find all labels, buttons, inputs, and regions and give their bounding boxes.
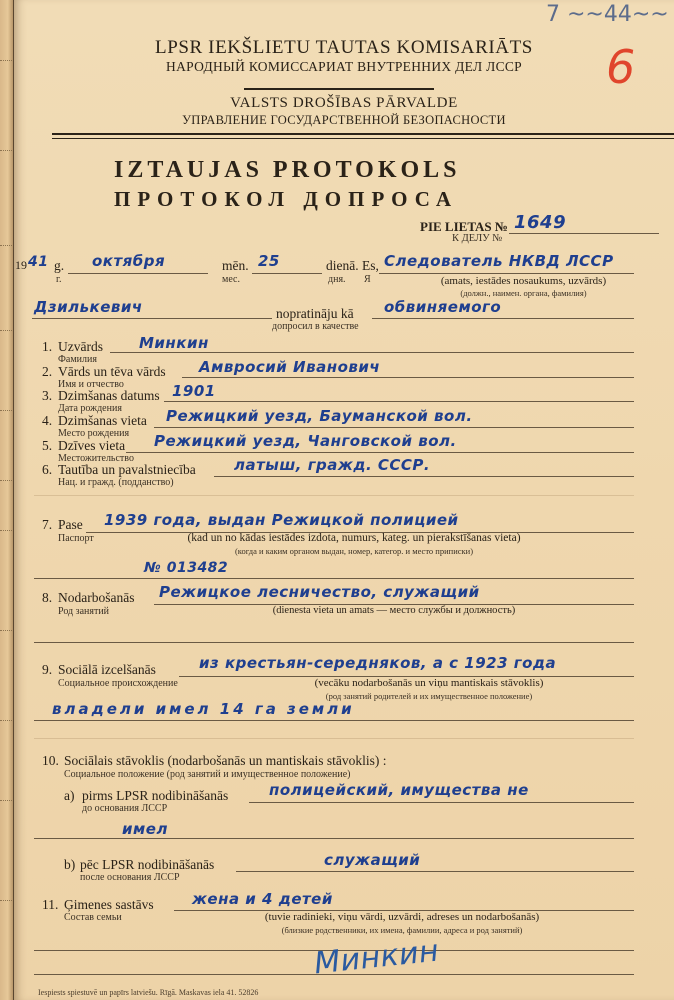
field-10-label-lv: Sociālais stāvoklis (nodarbošanās un man… [64,753,386,769]
field-8-number: 8. [42,590,52,606]
field-8-label-ru: Род занятий [58,606,109,617]
header-divider [244,88,434,90]
field-2-number: 2. [42,364,52,380]
ministry-name-lv: LPSR IEKŠLIETU TAUTAS KOMISARIĀTS [14,37,674,59]
field-9-value-line2: владели имел 14 га земли [52,700,355,718]
month-label-ru: мес. [222,274,240,285]
document-title-ru: ПРОТОКОЛ ДОПРОСА [114,187,458,212]
field-8-label-lv: Nodarbošanās [58,590,134,606]
field-6-value: латыш, гражд. СССР. [234,456,430,474]
case-number-value: 1649 [514,212,566,233]
field-10b-label-lv: pēc LPSR nodibināšanās [80,857,214,873]
field-10a-letter: a) [64,788,75,804]
year-label-ru: г. [56,274,61,285]
field-10a-label-ru: до основания ЛССР [82,803,167,814]
field-4-number: 4. [42,413,52,429]
field-10b-value: служащий [324,851,420,869]
field-7-value-line2: № 013482 [144,560,228,576]
field-11-value: жена и 4 детей [192,890,333,908]
interrogated-as-label-ru: допросил в качестве [272,321,359,332]
field-11-hint-ru: (близкие родственники, их имена, фамилии… [242,925,562,935]
field-11-hint-lv: (tuvie radinieki, viņu vārdi, uzvārdi, a… [242,911,562,923]
field-5-value: Режицкий уезд, Чанговской вол. [154,432,457,450]
field-8-value: Режицкое лесничество, служащий [159,583,480,601]
official-value: Следователь НКВД ЛССР [384,252,614,270]
field-9-hint-lv: (vecāku nodarbošanās un viņu mantiskais … [294,677,564,689]
case-number-label-ru: К ДЕЛУ № [452,233,502,244]
field-7-hint-ru: (когда и каким органом выдан, номер, кат… [164,546,544,556]
field-10b-letter: b) [64,857,75,873]
day-label-lv: dienā. [326,258,359,274]
field-10-number: 10. [42,753,59,769]
field-6-label-lv: Tautība un pavalstniecība [58,462,196,478]
field-8-hint: (dienesta vieta un amats — место службы … [254,605,534,616]
field-11-label-lv: Ģimenes sastāvs [64,897,154,913]
printer-footer: Iespiests spiestuvē un papīrs latviešu. … [38,988,258,997]
month-label-lv: mēn. [222,258,249,274]
field-3-number: 3. [42,388,52,404]
field-1-value: Минкин [139,334,209,352]
field-1-label-lv: Uzvārds [58,339,103,355]
pencil-folio-mark: 7 ~~44~~ [546,2,669,27]
field-9-label-ru: Социальное происхождение [58,678,178,689]
field-3-label-lv: Dzimšanas datums [58,388,160,404]
field-2-value: Амвросий Иванович [199,358,380,376]
field-5-number: 5. [42,438,52,454]
interrogated-as-value: обвиняемого [384,298,501,316]
department-name-ru: УПРАВЛЕНИЕ ГОСУДАРСТВЕННОЙ БЕЗОПАСНОСТИ [14,113,674,128]
month-value: октября [92,252,165,270]
field-10b-label-ru: после основания ЛССР [80,872,180,883]
year-label-lv: g. [54,258,64,274]
field-10-label-ru: Социальное положение (род занятий и имущ… [64,769,350,780]
day-label-ru: дня. [328,274,346,285]
field-9-value: из крестьян-середняков, а с 1923 года [199,654,556,672]
field-9-label-lv: Sociālā izcelšanās [58,662,156,678]
field-4-value: Режицкий уезд, Бауманской вол. [166,407,473,425]
field-5-label-lv: Dzīves vieta [58,438,125,454]
official-hint-lv: (amats, iestādes nosaukums, uzvārds) [406,275,641,287]
field-10a-value-line2: имел [122,820,168,838]
field-10a-value: полицейский, имущества не [269,781,529,799]
document-page: 7 ~~44~~ 6 LPSR IEKŠLIETU TAUTAS KOMISAR… [14,0,674,1000]
es-label-lv: Es, [362,258,379,274]
book-binding-edge [0,0,14,1000]
field-9-number: 9. [42,662,52,678]
field-7-label-ru: Паспорт [58,533,94,544]
year-value: 41 [28,254,48,270]
interrogated-as-label-lv: nopratināju kā [276,306,354,322]
field-4-label-lv: Dzimšanas vieta [58,413,147,429]
field-3-value: 1901 [172,382,216,400]
field-1-number: 1. [42,339,52,355]
header-double-rule [52,133,674,139]
field-11-number: 11. [42,897,58,913]
field-7-hint-lv: (kad un no kādas iestādes izdota, numurs… [164,532,544,544]
field-7-label-lv: Pase [58,517,83,533]
field-6-number: 6. [42,462,52,478]
field-7-value: 1939 года, выдан Режицкой полицией [104,511,459,529]
official-hint-ru: (должн., наимен. органа, фамилия) [406,288,641,298]
document-title-lv: IZTAUJAS PROTOKOLS [114,157,461,184]
field-2-label-lv: Vārds un tēva vārds [58,364,166,380]
day-value: 25 [258,252,280,270]
field-10a-label-lv: pirms LPSR nodibināšanās [82,788,228,804]
year-prefix: 19 [15,258,27,273]
official-name-value: Дзилькевич [34,298,143,316]
es-label-ru: Я [364,274,371,285]
ministry-name-ru: НАРОДНЫЙ КОМИССАРИАТ ВНУТРЕННИХ ДЕЛ ЛССР [14,59,674,75]
department-name-lv: VALSTS DROŠĪBAS PĀRVALDE [14,95,674,112]
field-7-number: 7. [42,517,52,533]
field-11-label-ru: Состав семьи [64,912,122,923]
field-6-label-ru: Нац. и гражд. (подданство) [58,477,174,488]
